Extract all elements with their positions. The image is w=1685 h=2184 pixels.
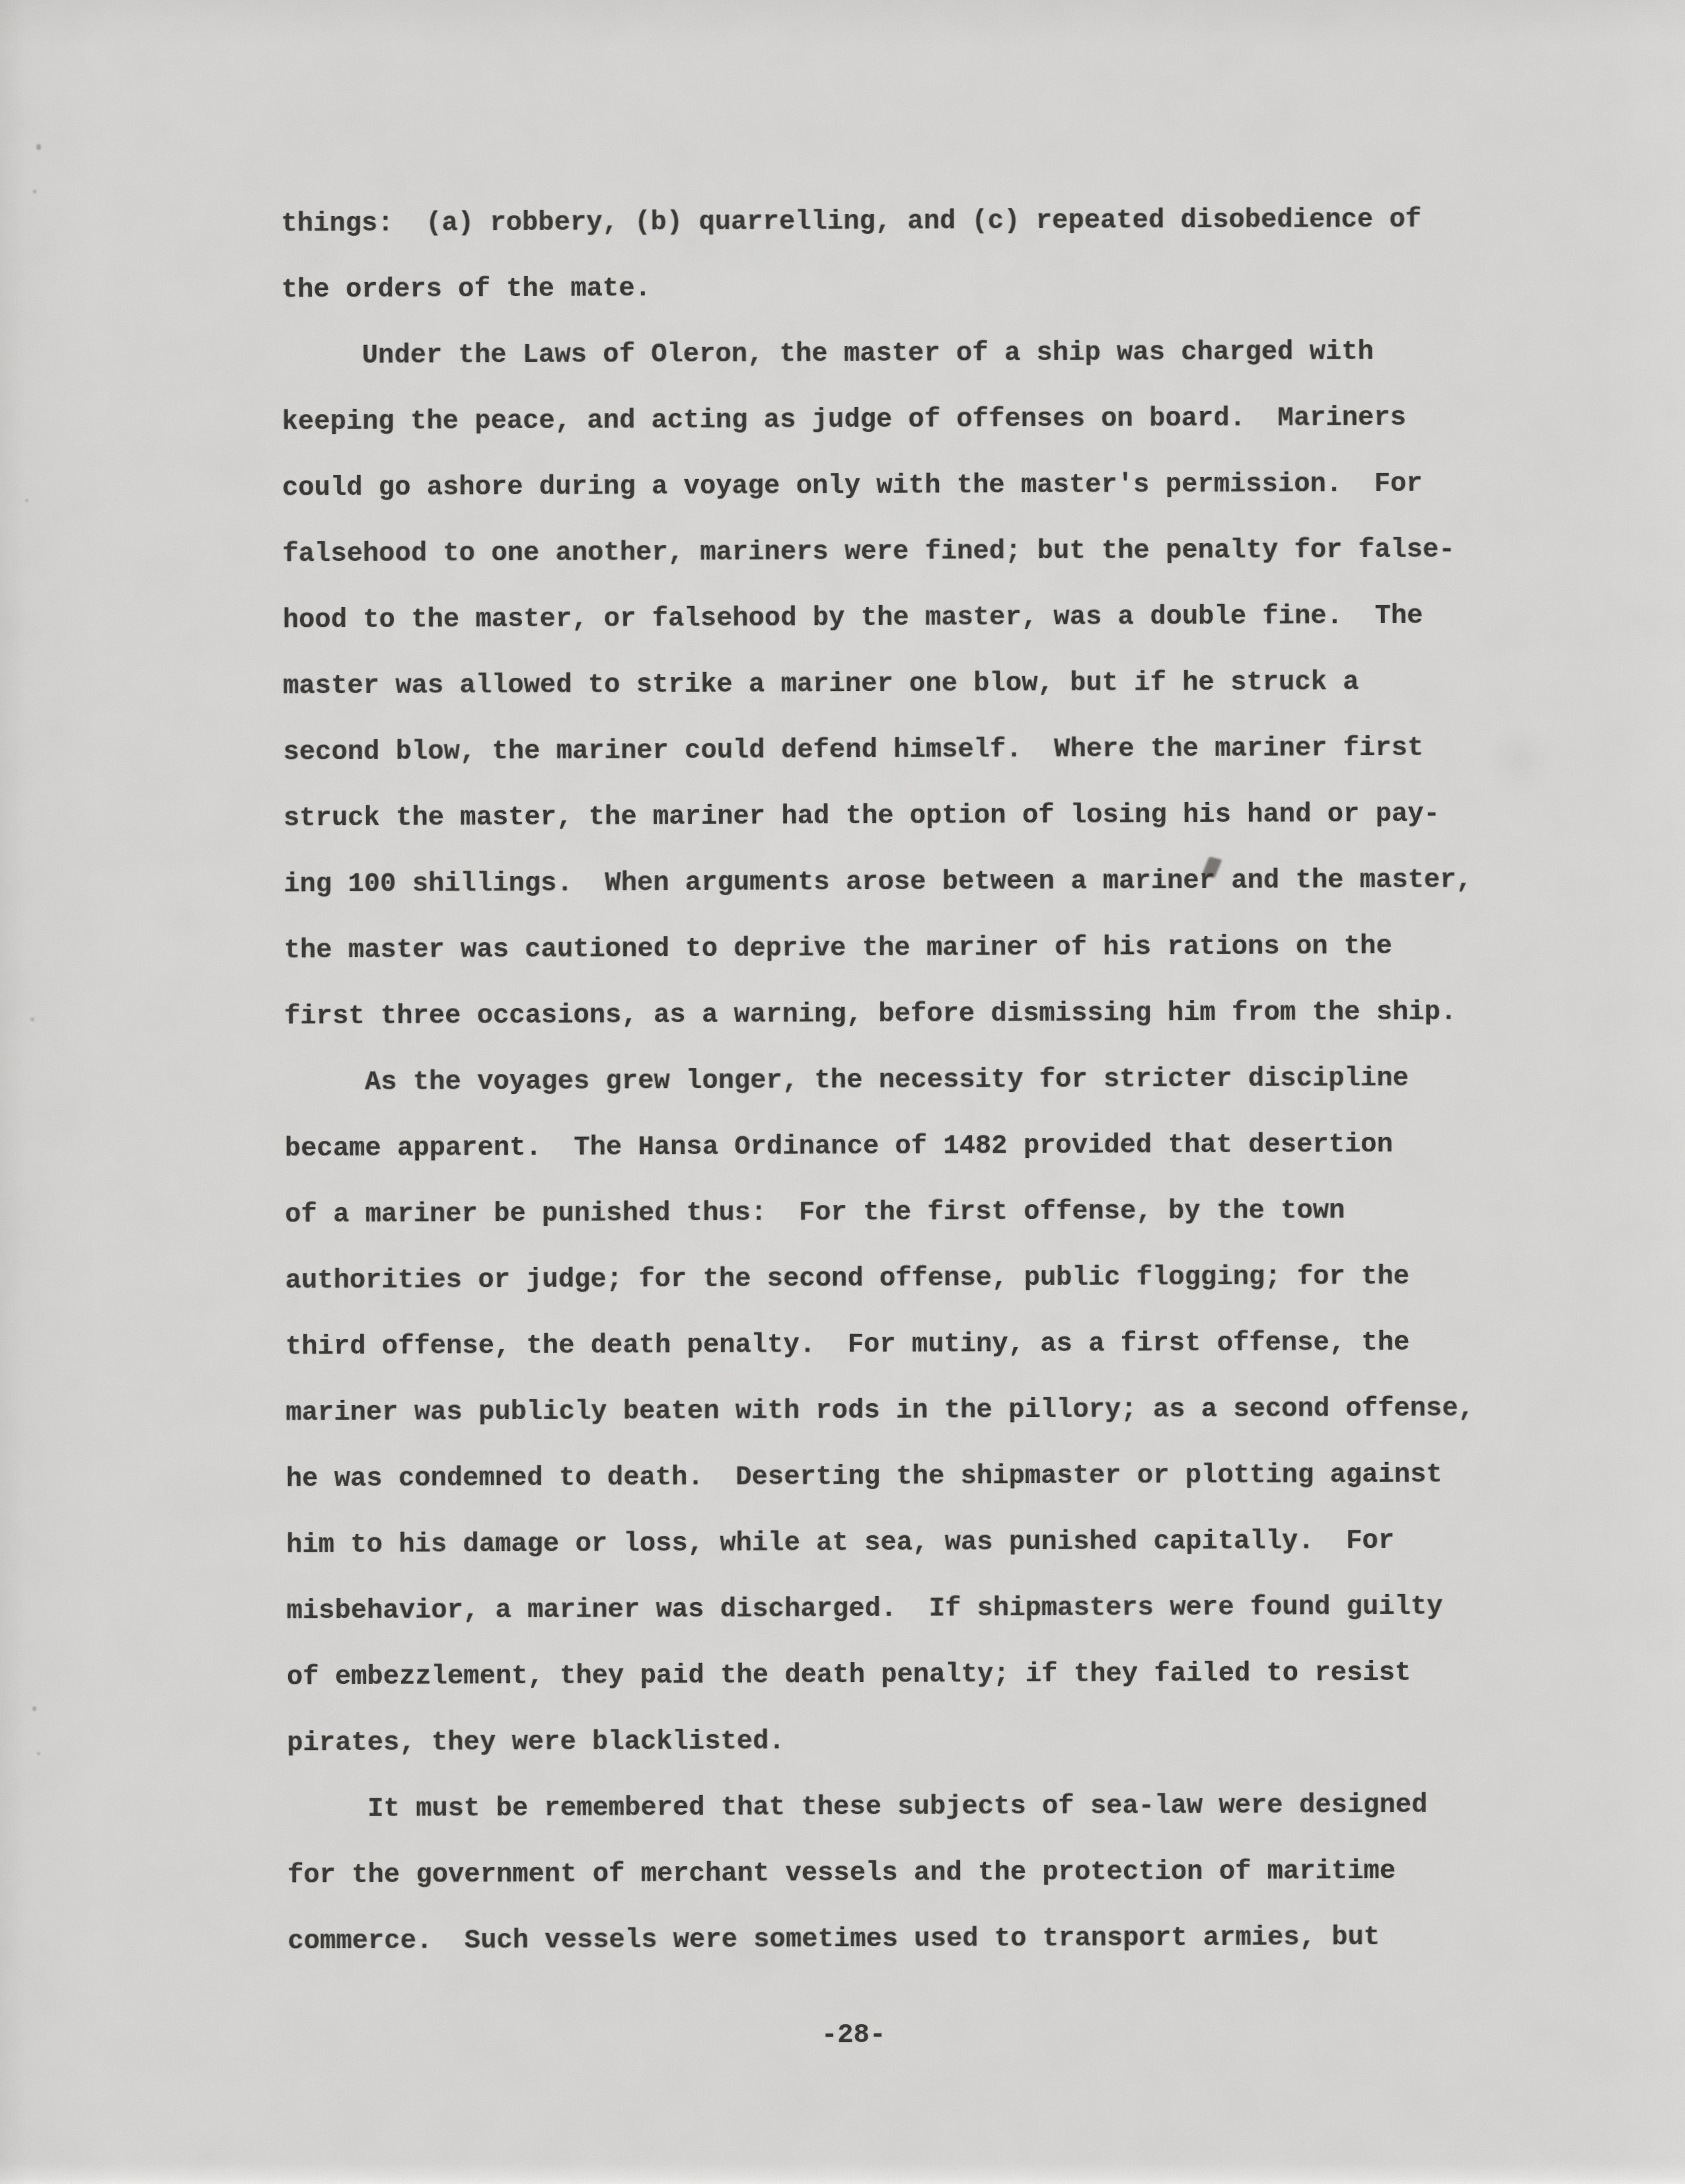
text-line: second blow, the mariner could defend hi…: [283, 715, 1479, 785]
text-line: pirates, they were blacklisted.: [287, 1706, 1483, 1776]
text-line: master was allowed to strike a mariner o…: [283, 649, 1479, 719]
text-line: him to his damage or loss, while at sea,…: [286, 1508, 1482, 1578]
text-line: things: (a) robbery, (b) quarrelling, an…: [281, 186, 1477, 257]
text-line: the master was cautioned to deprive the …: [284, 913, 1480, 984]
scan-speck: [32, 1706, 36, 1711]
text-line: of a mariner be punished thus: For the f…: [285, 1177, 1481, 1248]
scan-speck: [36, 144, 41, 150]
text-line: he was condemned to death. Deserting the…: [286, 1441, 1482, 1512]
text-line: falsehood to one another, mariners were …: [282, 517, 1478, 587]
text-line: Under the Laws of Oleron, the master of …: [281, 318, 1478, 389]
scan-speck: [30, 1017, 34, 1021]
text-line: hood to the master, or falsehood by the …: [283, 583, 1479, 653]
typewritten-text-layer: things: (a) robbery, (b) quarrelling, an…: [0, 0, 1685, 2184]
document-body-text: things: (a) robbery, (b) quarrelling, an…: [281, 186, 1483, 1975]
scan-speck: [25, 499, 28, 502]
text-line: could go ashore during a voyage only wit…: [282, 451, 1478, 521]
text-line: It must be remembered that these subject…: [287, 1772, 1483, 1842]
text-line: of embezzlement, they paid the death pen…: [287, 1640, 1483, 1710]
text-line: mariner was publicly beaten with rods in…: [285, 1375, 1481, 1446]
scan-speck: [33, 190, 36, 194]
text-line: keeping the peace, and acting as judge o…: [282, 384, 1478, 455]
text-line: misbehavior, a mariner was discharged. I…: [286, 1574, 1482, 1644]
text-line: struck the master, the mariner had the o…: [283, 781, 1479, 852]
text-line: ing 100 shillings. When arguments arose …: [283, 847, 1479, 918]
text-line: authorities or judge; for the second off…: [285, 1243, 1481, 1314]
text-line: first three occasions, as a warning, bef…: [284, 979, 1480, 1050]
scanned-document-page: things: (a) robbery, (b) quarrelling, an…: [0, 0, 1685, 2184]
text-line: third offense, the death penalty. For mu…: [285, 1309, 1481, 1380]
text-line: the orders of the mate.: [281, 252, 1478, 323]
text-line: for the government of merchant vessels a…: [287, 1838, 1483, 1909]
page-number: -28-: [821, 2002, 886, 2068]
text-line: commerce. Such vessels were sometimes us…: [287, 1904, 1483, 1975]
scan-speck: [37, 1752, 40, 1755]
text-line: became apparent. The Hansa Ordinance of …: [285, 1111, 1481, 1182]
text-line: As the voyages grew longer, the necessit…: [284, 1045, 1480, 1116]
